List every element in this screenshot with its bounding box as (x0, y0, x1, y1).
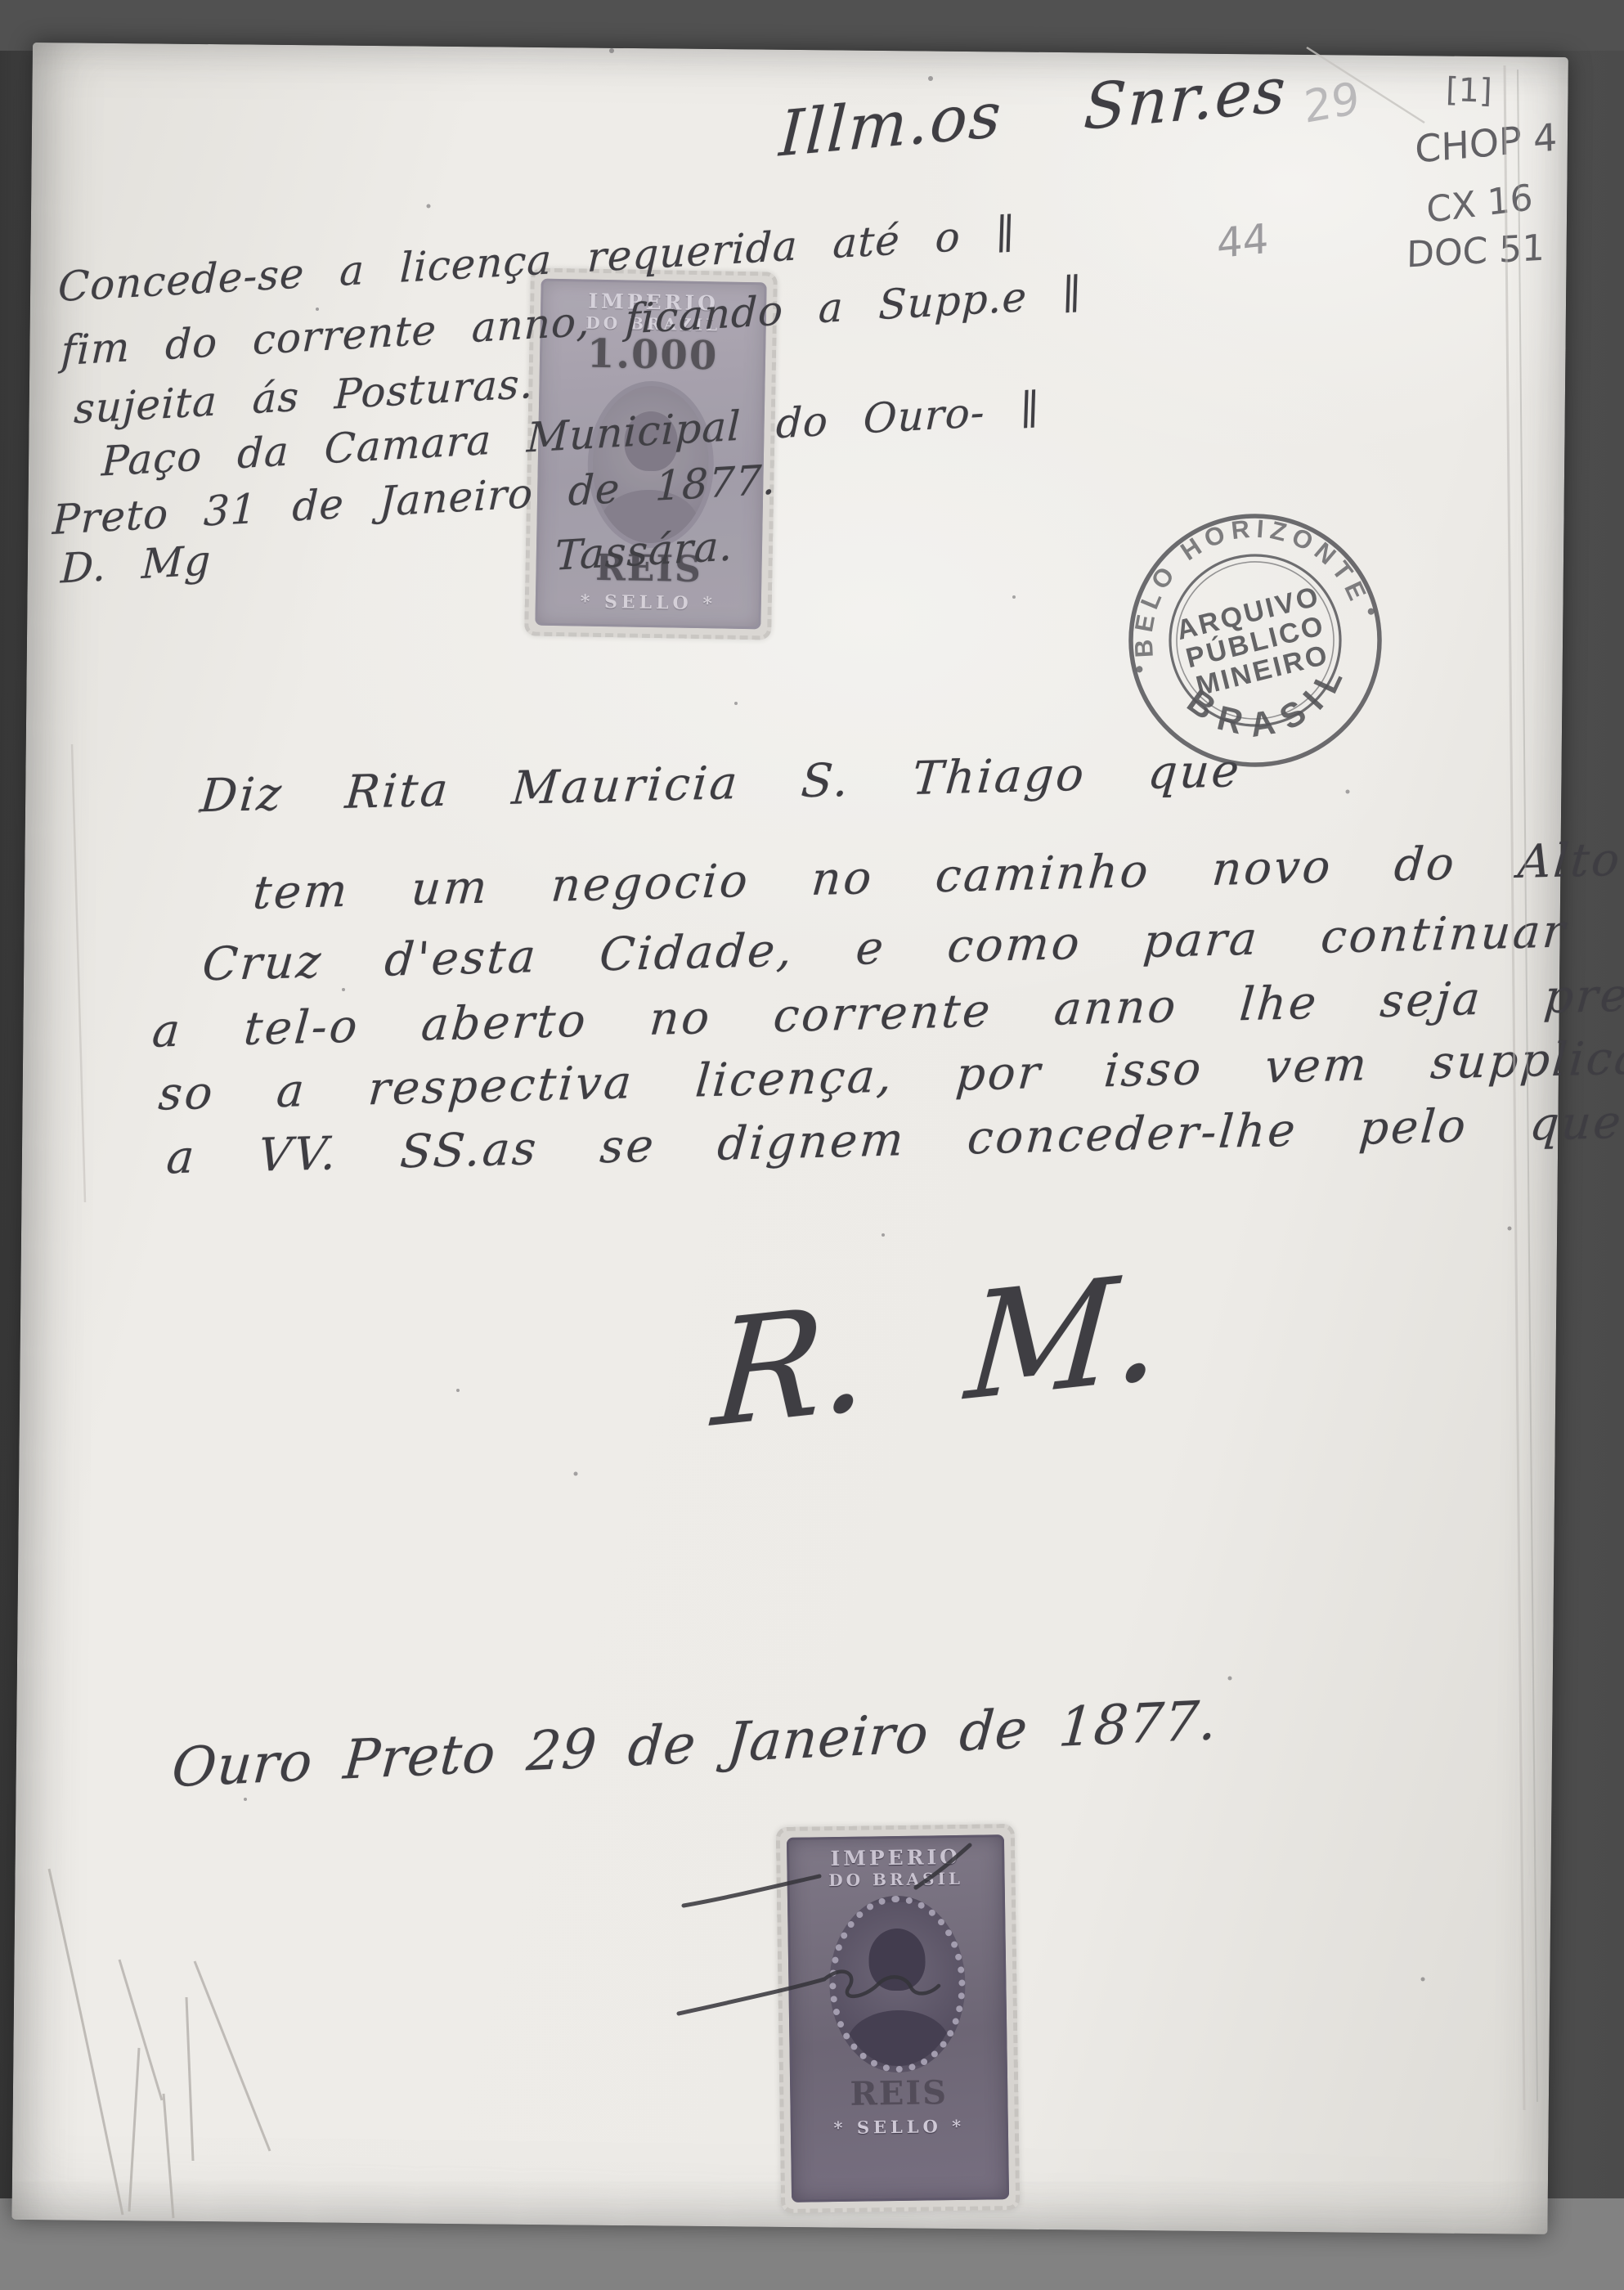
despacho-initials: D. Mg (60, 537, 212, 592)
photo-backing-top (0, 0, 1624, 51)
pencil-doc-code: DOC 51 (1406, 227, 1545, 276)
stamp-country-line1: IMPERIO (787, 1834, 1005, 1871)
emperor-portrait-icon (828, 1895, 967, 2073)
portrait-bust (846, 2009, 950, 2073)
despacho-signature: Tassára. (554, 522, 734, 579)
scanned-document-photo: Illm.os Snr.es 29 [1] CHOP 4 CX 16 DOC 5… (0, 0, 1624, 2290)
petition-line: tem um negocio no caminho novo do Alto d… (251, 830, 1624, 920)
pencil-bracket-number: [1] (1445, 71, 1492, 110)
stamp-unit: REIS (790, 2076, 1008, 2112)
revenue-stamp-bottom: IMPERIO DO BRASIL REIS * SELLO * (776, 1824, 1021, 2213)
portrait-head (868, 1929, 926, 1991)
petition-block: Diz Rita Mauricia S. Thiago que tem um n… (138, 735, 1604, 1205)
pencil-center-number: 44 (1217, 215, 1268, 268)
stamp-country-line2: DO BRASIL (787, 1868, 1004, 1891)
stamp-sello-label: * SELLO * (791, 2115, 1008, 2139)
despacho-block: Concede-se a licença requerida até o ∥ f… (47, 204, 1120, 657)
revenue-stamp-bottom-frame: IMPERIO DO BRASIL REIS * SELLO * (787, 1834, 1009, 2202)
pencil-faint-number: 29 (1302, 72, 1361, 133)
